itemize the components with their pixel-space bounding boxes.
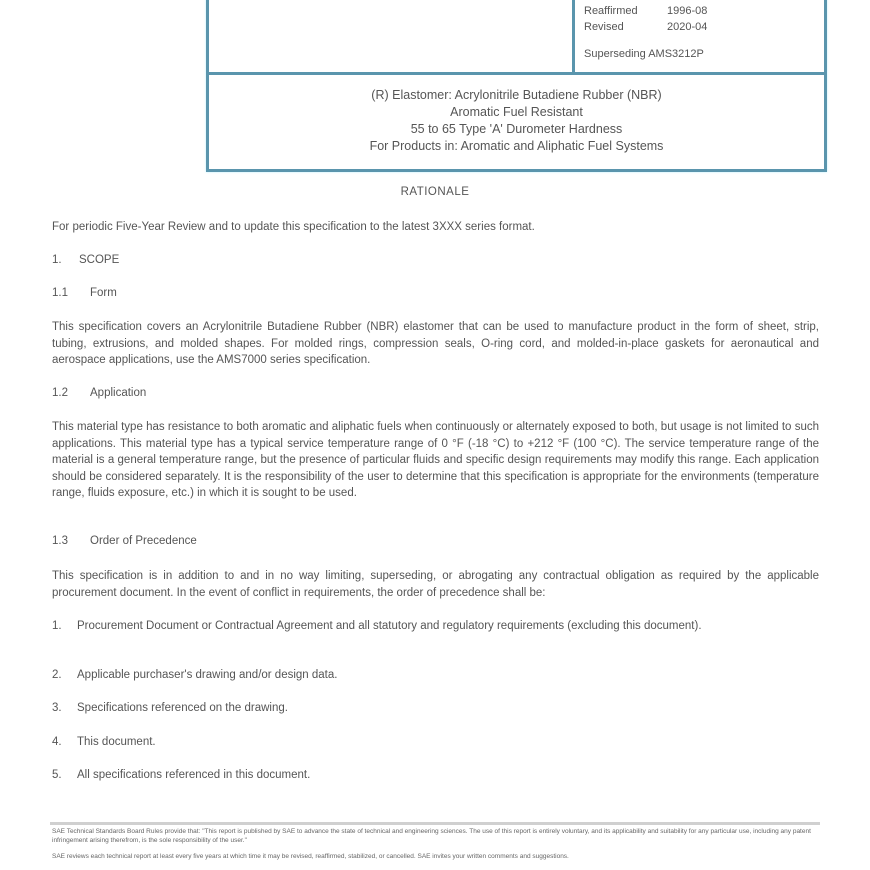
meta-revised: Revised 2020-04 — [584, 19, 707, 35]
header-divider — [572, 0, 575, 72]
precedence-list-item: 2. Applicable purchaser's drawing and/or… — [52, 667, 819, 684]
section-scope-heading: 1. SCOPE — [52, 254, 119, 266]
precedence-list-item: 1. Procurement Document or Contractual A… — [52, 618, 819, 635]
meta-superseding: Superseding AMS3212P — [584, 46, 707, 62]
rationale-heading: RATIONALE — [0, 186, 870, 198]
precedence-list-item: 3. Specifications referenced on the draw… — [52, 700, 819, 717]
title-line: (R) Elastomer: Acrylonitrile Butadiene R… — [209, 87, 824, 104]
title-line: For Products in: Aromatic and Aliphatic … — [209, 138, 824, 155]
section-application-heading: 1.2 Application — [52, 387, 146, 399]
meta-reaffirmed: Reaffirmed 1996-08 — [584, 3, 707, 19]
footer-disclaimer: SAE Technical Standards Board Rules prov… — [52, 828, 819, 845]
footer-review-notice: SAE reviews each technical report at lea… — [52, 853, 819, 862]
title-line: Aromatic Fuel Resistant — [209, 104, 824, 121]
footer-divider — [50, 822, 820, 825]
section-precedence-text: This specification is in addition to and… — [52, 568, 819, 601]
document-title: (R) Elastomer: Acrylonitrile Butadiene R… — [209, 87, 824, 155]
precedence-list-item: 4. This document. — [52, 734, 819, 751]
document-header-box: Reaffirmed 1996-08 Revised 2020-04 Super… — [206, 0, 827, 172]
header-top-section — [209, 0, 824, 75]
section-form-text: This specification covers an Acrylonitri… — [52, 319, 819, 369]
revision-metadata: Reaffirmed 1996-08 Revised 2020-04 Super… — [584, 3, 707, 62]
section-form-heading: 1.1 Form — [52, 287, 117, 299]
section-precedence-heading: 1.3 Order of Precedence — [52, 535, 197, 547]
section-application-text: This material type has resistance to bot… — [52, 419, 819, 502]
title-line: 55 to 65 Type 'A' Durometer Hardness — [209, 121, 824, 138]
precedence-list-item: 5. All specifications referenced in this… — [52, 767, 819, 784]
rationale-text: For periodic Five-Year Review and to upd… — [52, 219, 819, 236]
